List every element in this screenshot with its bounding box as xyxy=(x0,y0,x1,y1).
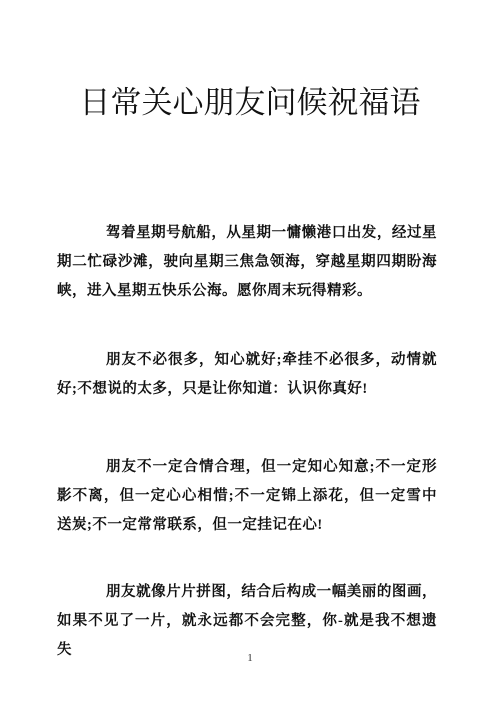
paragraph-week-sailing: 驾着星期号航船，从星期一慵懒港口出发，经过星期二忙碌沙滩，驶向星期三焦急领海，穿… xyxy=(57,219,437,306)
document-title: 日常关心朋友问候祝福语 xyxy=(0,0,500,123)
page-number: 1 xyxy=(0,651,500,665)
paragraph-friends-not-necessarily: 朋友不一定合情合理，但一定知心知意;不一定形影不离，但一定心心相惜;不一定锦上添… xyxy=(57,453,437,540)
document-page: 日常关心朋友问候祝福语 驾着星期号航船，从星期一慵懒港口出发，经过星期二忙碌沙滩… xyxy=(0,0,500,707)
document-body: 驾着星期号航船，从星期一慵懒港口出发，经过星期二忙碌沙滩，驶向星期三焦急领海，穿… xyxy=(57,219,437,665)
paragraph-friends-not-many: 朋友不必很多，知心就好;牵挂不必很多，动情就好;不想说的太多，只是让你知道：认识… xyxy=(57,346,437,404)
